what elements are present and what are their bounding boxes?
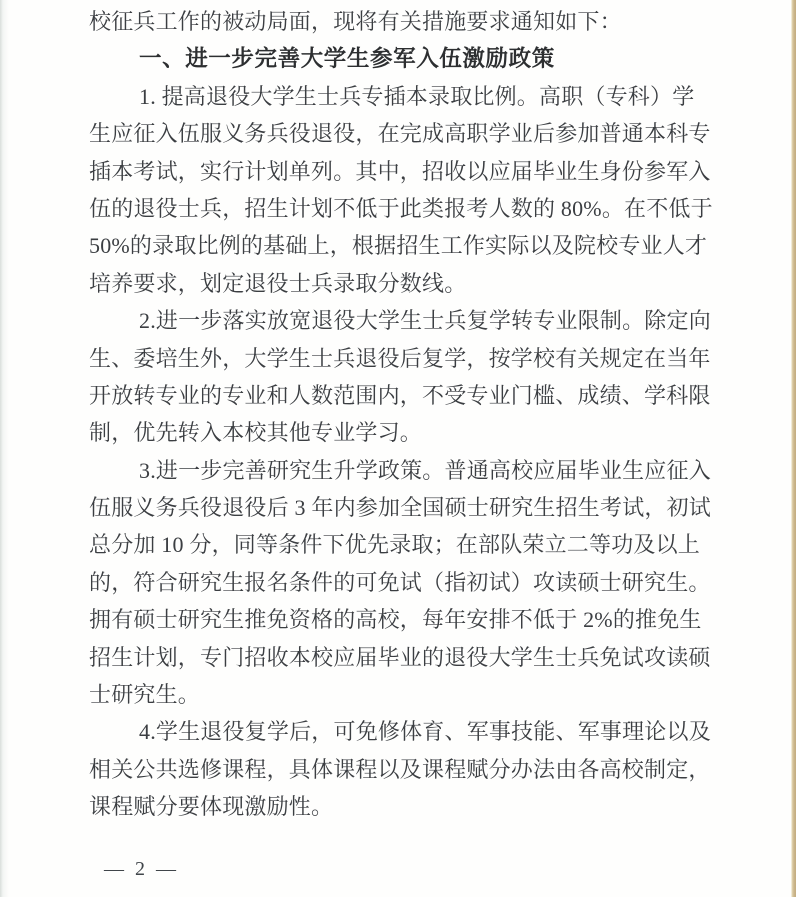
text-line: 校征兵工作的被动局面，现将有关措施要求通知如下： [89, 3, 715, 40]
text-line: 制，优先转入本校其他专业学习。 [89, 414, 715, 451]
text-line: 伍服义务兵役退役后 3 年内参加全国硕士研究生招生考试，初试 [89, 489, 715, 526]
text-line: 招生计划，专门招收本校应届毕业的退役大学生士兵免试攻读硕 [89, 639, 715, 676]
scan-left-shadow [0, 0, 9, 897]
text-line: 插本考试，实行计划单列。其中，招收以应届毕业生身份参军入 [89, 153, 715, 190]
page-number: — 2 — [104, 856, 179, 882]
text-line: 生、委培生外，大学生士兵退役后复学，按学校有关规定在当年 [89, 340, 715, 377]
section-heading-1: 一、进一步完善大学生参军入伍激励政策 [89, 40, 715, 77]
text-line: 培养要求，划定退役士兵录取分数线。 [89, 265, 715, 302]
text-line: 的，符合研究生报名条件的可免试（指初试）攻读硕士研究生。 [89, 564, 715, 601]
text-line: 生应征入伍服义务兵役退役，在完成高职学业后参加普通本科专 [89, 115, 715, 152]
text-line: 课程赋分要体现激励性。 [89, 788, 715, 825]
document-body: 校征兵工作的被动局面，现将有关措施要求通知如下： 一、进一步完善大学生参军入伍激… [89, 3, 715, 826]
text-line: 相关公共选修课程，具体课程以及课程赋分办法由各高校制定， [89, 751, 715, 788]
page-right-edge-line [791, 0, 796, 897]
text-line: 士研究生。 [89, 676, 715, 713]
document-page: 校征兵工作的被动局面，现将有关措施要求通知如下： 一、进一步完善大学生参军入伍激… [0, 0, 796, 897]
text-line-item-1: 1. 提高退役大学生士兵专插本录取比例。高职（专科）学 [89, 78, 715, 115]
text-line: 开放转专业的专业和人数范围内，不受专业门槛、成绩、学科限 [89, 377, 715, 414]
text-line: 伍的退役士兵，招生计划不低于此类报考人数的 80%。在不低于 [89, 190, 715, 227]
text-line-item-2: 2.进一步落实放宽退役大学生士兵复学转专业限制。除定向 [89, 302, 715, 339]
text-line-item-4: 4.学生退役复学后，可免修体育、军事技能、军事理论以及 [89, 713, 715, 750]
text-line: 拥有硕士研究生推免资格的高校，每年安排不低于 2%的推免生 [89, 601, 715, 638]
text-line: 50%的录取比例的基础上，根据招生工作实际以及院校专业人才 [89, 227, 715, 264]
text-line-item-3: 3.进一步完善研究生升学政策。普通高校应届毕业生应征入 [89, 452, 715, 489]
text-line: 总分加 10 分，同等条件下优先录取；在部队荣立二等功及以上 [89, 526, 715, 563]
